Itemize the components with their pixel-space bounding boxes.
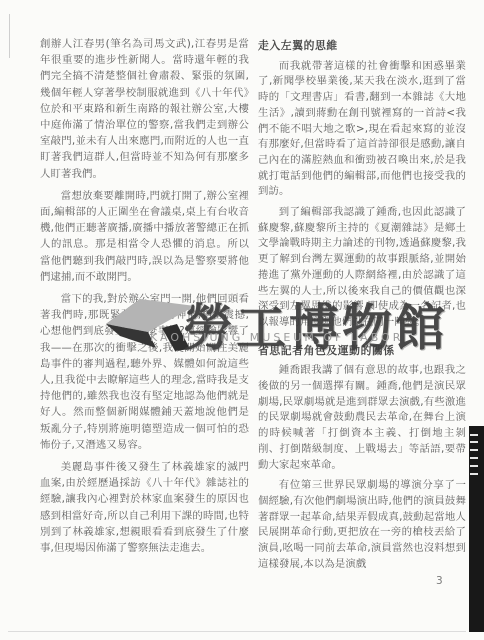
left-text-column: 創辦人江春男(筆名為司馬文武),江春男是當年很重要的進步性新聞人。當時還年輕的我… [40,36,249,556]
page-edge-stripe [470,457,478,459]
page-bottom-edge-line [8,631,466,632]
book-spine-shadow [469,426,484,632]
page-number: 3 [436,575,443,587]
paragraph: 有位第三世界民眾劇場的導演分享了一個經驗,有次他們劇場演出時,他們的演員鼓舞著群… [258,478,466,572]
section-heading: 省思記者角色及運動的關係 [258,343,466,359]
paragraph: 而我就帶著這樣的社會衝擊和困惑畢業了,新聞學校畢業後,某天我在淡水,逛到了當時的… [258,59,466,200]
page-edge-stripe [470,441,478,443]
right-text-column: 走入左翼的思維 而我就帶著這樣的社會衝擊和困惑畢業了,新聞學校畢業後,某天我在淡… [258,38,466,573]
page-edge-stripe [470,449,478,451]
paragraph: 到了編輯部我認識了鍾喬,也因此認識了蘇慶黎,蘇慶黎所主持的《夏潮雜誌》是鄉土文學… [258,205,466,331]
paragraph: 當想放棄要離開時,門就打開了,辦公室裡面,編輯部的人正圍坐在會議桌,桌上有台收音… [40,188,249,285]
paragraph: 美麗島事件後又發生了林義雄家的滅門血案,由於經歷過採訪《八十年代》雜誌社的經驗,… [40,459,249,556]
paragraph: 創辦人江春男(筆名為司馬文武),江春男是當年很重要的進步性新聞人。當時還年輕的我… [40,36,249,182]
scanned-document-page: 創辦人江春男(筆名為司馬文武),江春男是當年很重要的進步性新聞人。當時還年輕的我… [0,0,484,640]
page-edge-stripe [470,473,478,475]
page-edge-stripe [470,465,478,467]
page-edge-stripe [470,434,478,436]
paragraph: 鍾喬跟我講了個有意思的故事,也跟我之後做的另一個選擇有關。鍾喬,他們是演民眾劇場… [258,363,466,473]
scan-edge-line-left [9,14,10,58]
section-heading: 走入左翼的思維 [258,38,466,54]
paragraph: 當下的我,對於辦公室門一開,他們回頭看著我們時,那既緊張又驚恐的神情,相當震撼,… [40,291,249,453]
